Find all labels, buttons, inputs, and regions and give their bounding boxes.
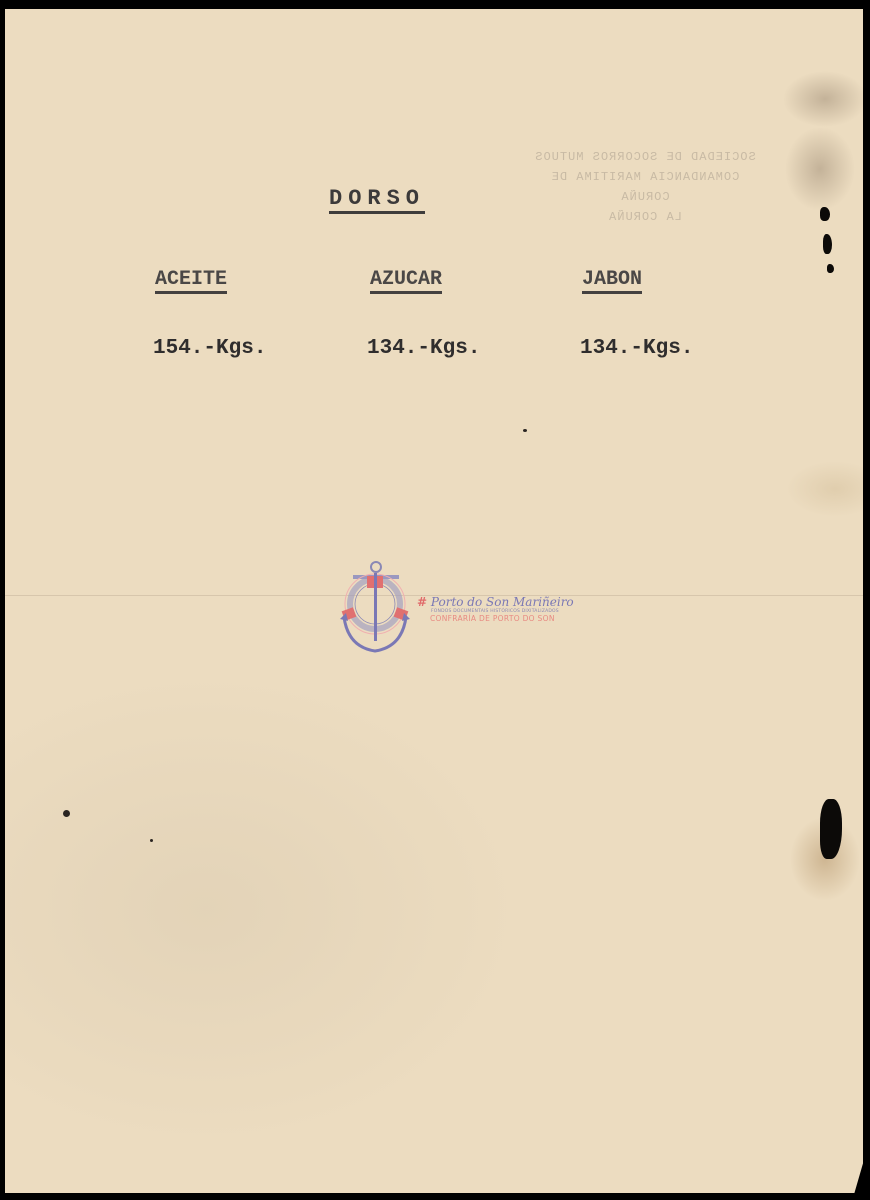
bleed-line: CORUÑA <box>505 187 785 207</box>
column-header-aceite: ACEITE <box>155 269 227 294</box>
bleed-line: SOCIEDAD DE SOCORROS MUTUOS <box>505 147 785 167</box>
watermark-text: # Porto do Son Mariñeiro FONDOS DOCUMENT… <box>417 595 574 623</box>
column-value-jabon: 134.-Kgs. <box>580 337 693 361</box>
ink-speck <box>150 839 153 842</box>
watermark-brand: # Porto do Son Mariñeiro <box>417 595 574 609</box>
watermark-brand-name: Porto do Son Mariñeiro <box>431 595 574 609</box>
document-page: SOCIEDAD DE SOCORROS MUTUOS COMANDANCIA … <box>5 9 863 1193</box>
hash-icon: # <box>417 595 427 609</box>
anchor-logo-icon <box>338 559 413 657</box>
column-header-jabon: JABON <box>582 269 642 294</box>
burn-mark <box>823 234 832 254</box>
ink-speck <box>523 429 527 432</box>
document-title: DORSO <box>329 187 425 214</box>
column-value-aceite: 154.-Kgs. <box>153 337 266 361</box>
watermark-organization: CONFRARÍA DE PORTO DO SON <box>430 614 574 623</box>
burn-mark <box>827 264 834 273</box>
burn-mark <box>820 207 830 221</box>
bleed-through-text: SOCIEDAD DE SOCORROS MUTUOS COMANDANCIA … <box>505 147 785 227</box>
bleed-line: COMANDANCIA MARITIMA DE <box>505 167 785 187</box>
ink-speck <box>63 810 70 817</box>
column-value-azucar: 134.-Kgs. <box>367 337 480 361</box>
bleed-line: LA CORUÑA <box>505 207 785 227</box>
column-header-azucar: AZUCAR <box>370 269 442 294</box>
burn-hole <box>820 799 842 859</box>
